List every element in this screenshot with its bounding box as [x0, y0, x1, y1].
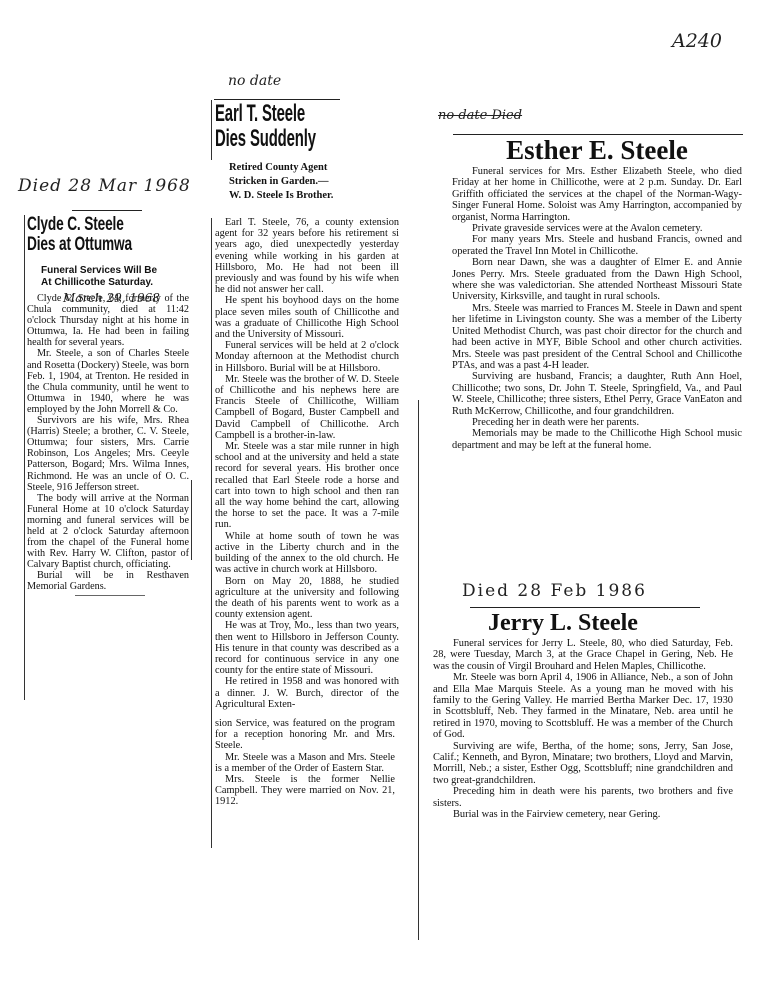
paragraph: Born near Dawn, she was a daughter of El… [452, 257, 742, 303]
paragraph: Memorials may be made to the Chillicothe… [452, 428, 742, 451]
headline-line2: Dies Suddenly [215, 126, 339, 151]
paragraph: Burial was in the Fairview cemetery, nea… [433, 809, 733, 820]
death-date-annotation: Died 28 Mar 1968 [18, 176, 191, 196]
paragraph: Born on May 20, 1888, he studied agricul… [215, 576, 399, 621]
headline: Esther E. Steele [452, 134, 742, 166]
paragraph: Funeral services will be held at 2 o'clo… [215, 340, 399, 374]
no-date-annotation: no date [228, 73, 281, 89]
headline: Jerry L. Steele [433, 608, 733, 638]
subheadline-line1: Retired County Agent [215, 161, 415, 175]
death-date-annotation: Died 28 Feb 1986 [462, 581, 647, 601]
paragraph: Mr. Steele was a star mile runner in hig… [215, 441, 399, 531]
paragraph: sion Service, was featured on the progra… [215, 718, 395, 752]
date-annotation: March 29, 1968 [63, 291, 160, 305]
article-body: Funeral services for Mrs. Esther Elizabe… [452, 166, 742, 451]
column-border [191, 480, 192, 560]
subheadline-line1: Funeral Services Will Be [27, 265, 189, 277]
article-body: Clyde C. Steele, 64, formerly of the Chu… [27, 293, 189, 593]
obituary-esther-steele: Esther E. Steele Funeral services for Mr… [452, 134, 742, 451]
subheadline-line2: At Chillicothe Saturday. [27, 277, 189, 289]
headline-line2: Dies at Ottumwa [27, 235, 144, 255]
paragraph: Earl T. Steele, 76, a county extension a… [215, 217, 399, 295]
column-border [211, 218, 212, 848]
paragraph: He was at Troy, Mo., less than two years… [215, 620, 399, 676]
paragraph: Mr. Steele was a Mason and Mrs. Steele i… [215, 752, 395, 774]
divider-rule [72, 210, 142, 211]
paragraph: Funeral services for Mrs. Esther Elizabe… [452, 166, 742, 223]
column-border [211, 100, 212, 160]
article-body: Funeral services for Jerry L. Steele, 80… [433, 638, 733, 821]
paragraph: Survivors are his wife, Mrs. Rhea (Harri… [27, 415, 189, 493]
article-continuation: sion Service, was featured on the progra… [215, 718, 395, 808]
page-number-annotation: A240 [672, 30, 722, 52]
paragraph: Mrs. Steele is the former Nellie Campbel… [215, 774, 395, 808]
headline-line1: Earl T. Steele [215, 102, 339, 126]
paragraph: Mr. Steele, a son of Charles Steele and … [27, 348, 189, 415]
no-date-annotation: no date Died [438, 108, 522, 123]
paragraph: While at home south of town he was activ… [215, 531, 399, 576]
paragraph: Surviving are wife, Bertha, of the home;… [433, 741, 733, 787]
paragraph: He retired in 1958 and was honored with … [215, 676, 399, 710]
paragraph: He spent his boyhood days on the home pl… [215, 295, 399, 340]
column-border [24, 215, 25, 700]
article-body: Earl T. Steele, 76, a county extension a… [215, 217, 399, 710]
paragraph: Surviving are husband, Francis; a daught… [452, 371, 742, 417]
end-rule [75, 595, 145, 596]
obituary-clyde-steele: Clyde C. Steele Dies at Ottumwa Funeral … [27, 215, 189, 596]
paragraph: Preceding her in death were her parents. [452, 417, 742, 428]
subheadline-line3: W. D. Steele Is Brother. [215, 189, 415, 203]
paragraph: Funeral services for Jerry L. Steele, 80… [433, 638, 733, 672]
paragraph: Mr. Steele was born April 4, 1906 in All… [433, 672, 733, 740]
paragraph: The body will arrive at the Norman Funer… [27, 493, 189, 571]
paragraph: Preceding him in death were his parents,… [433, 786, 733, 809]
paragraph: For many years Mrs. Steele and husband F… [452, 234, 742, 257]
paragraph: Private graveside services were at the A… [452, 223, 742, 234]
paragraph: Mrs. Steele was married to Frances M. St… [452, 303, 742, 371]
subheadline-line2: Stricken in Garden.— [215, 175, 415, 189]
paragraph: Burial will be in Resthaven Memorial Gar… [27, 570, 189, 592]
obituary-earl-steele: Earl T. Steele Dies Suddenly Retired Cou… [215, 102, 415, 808]
obituary-jerry-steele: Jerry L. Steele Funeral services for Jer… [433, 608, 733, 821]
column-border [418, 400, 419, 940]
paragraph: Mr. Steele was the brother of W. D. Stee… [215, 374, 399, 441]
headline-line1: Clyde C. Steele [27, 215, 144, 235]
